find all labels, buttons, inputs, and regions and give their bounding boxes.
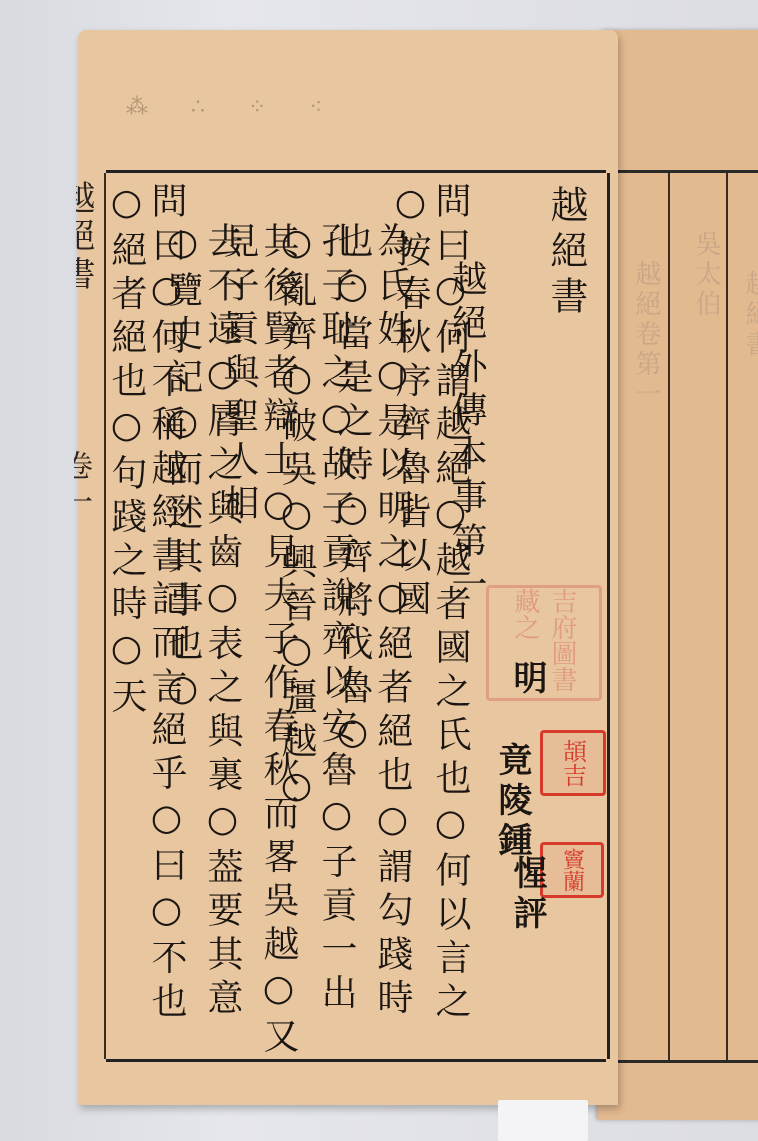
facing-column-line [668,173,670,1060]
book-page: ⁂ ∴ ⁘ ⁖ 越絕書 卷一 越絕書 越絕外傳本事第一 問曰○何謂越絕○越者國之… [78,30,618,1105]
margin-volume: 卷一 [74,450,96,522]
facing-top-rule [618,170,758,173]
facing-column-line [726,173,728,1060]
facing-ghost-text: 越絕書 [738,270,758,360]
facing-bottom-rule [618,1060,758,1063]
book-title: 越絕書 [546,185,586,322]
margin-book-title: 越絕書 [76,180,100,294]
paper-slip [498,1100,588,1141]
ink-stain: ⁂ ∴ ⁘ ⁖ [126,95,386,125]
seal-text: 頡吉 [556,739,591,787]
author-dynasty: 明 [503,660,552,700]
facing-ghost-text: 吳太伯 [688,230,725,320]
red-seal-1: 頡吉 [540,730,606,796]
facing-ghost-text: 越絕卷第一 [628,260,665,410]
facing-page: 越絕卷第一 吳太伯 越絕書 [598,30,758,1120]
frame-right-border [607,173,610,1059]
seal-text: 竇蘭 [557,848,588,892]
author-name-line1: 竟陵鍾 [488,742,537,862]
author-name-line2: 惺評 [503,855,552,935]
text-column-6: 問曰○何不稱越經書記而言絕乎○曰○不也○絕者絕也○句踐之時○天 [106,182,186,1062]
